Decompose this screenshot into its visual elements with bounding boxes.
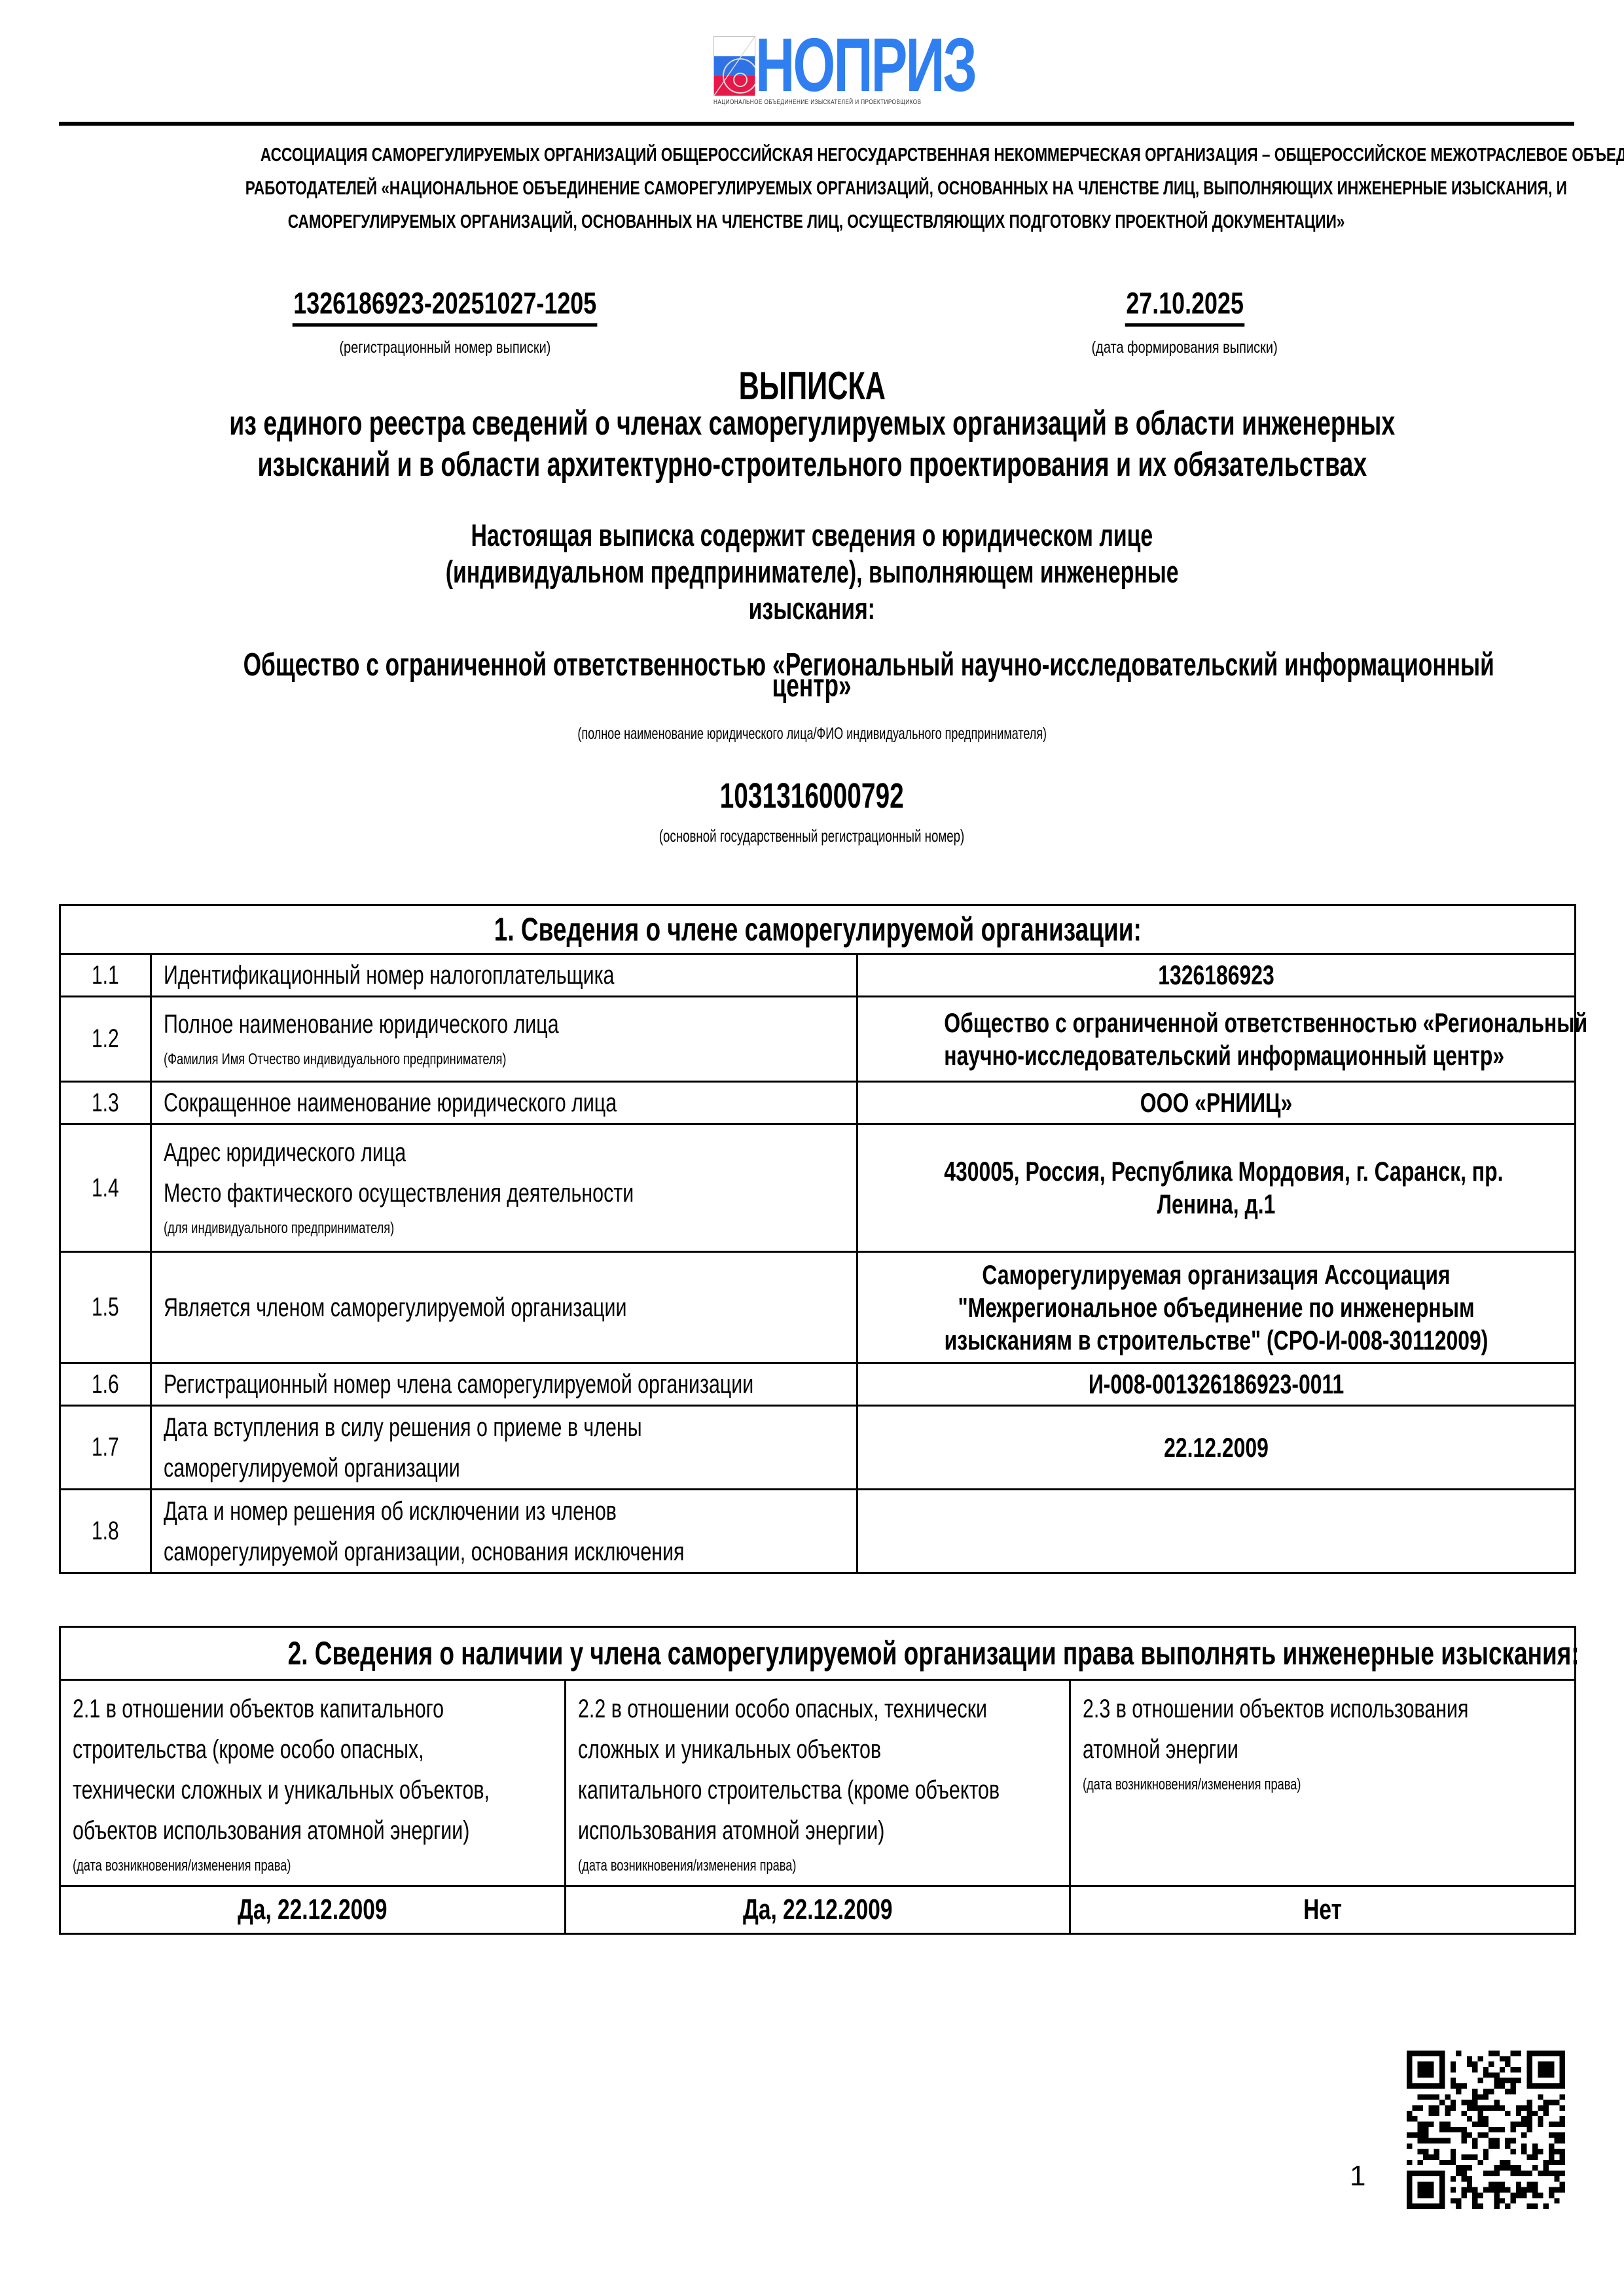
association-line: САМОРЕГУЛИРУЕМЫХ ОРГАНИЗАЦИЙ, ОСНОВАННЫХ… [288, 206, 1345, 239]
extract-reg-number: 1326186923-20251027-1205 [293, 285, 598, 327]
table-row: 1.1Идентификационный номер налогоплатель… [60, 954, 1576, 997]
section2-heading: 2. Сведения о наличии у члена саморегули… [60, 1627, 1576, 1680]
row-number: 1.1 [60, 954, 151, 997]
right-category-2: 2.2 в отношении особо опасных, техническ… [566, 1680, 1070, 1886]
table-row: 1.4Адрес юридического лицаМесто фактичес… [60, 1124, 1576, 1252]
header-divider [59, 122, 1574, 126]
row-value: 22.12.2009 [857, 1406, 1576, 1490]
row-value: 430005, Россия, Республика Мордовия, г. … [857, 1124, 1576, 1252]
table-row: 1.8Дата и номер решения об исключении из… [60, 1490, 1576, 1573]
nopriz-logo: НОПРИЗ НАЦИОНАЛЬНОЕ ОБЪЕДИНЕНИЕ ИЗЫСКАТЕ… [713, 36, 923, 108]
row-label: Полное наименование юридического лица(Фа… [151, 997, 857, 1082]
extract-date: 27.10.2025 [1125, 285, 1245, 327]
document-title: ВЫПИСКА [0, 363, 1624, 408]
logo-name: НОПРИЗ [755, 27, 975, 103]
row-label: Идентификационный номер налогоплательщик… [151, 954, 857, 997]
right-category-1: 2.1 в отношении объектов капитальногостр… [60, 1680, 566, 1886]
right-note: (дата возникновения/изменения права) [73, 1851, 441, 1881]
extract-reg-number-block: 1326186923-20251027-1205 (регистрационны… [249, 285, 641, 357]
extract-date-caption: (дата формирования выписки) [1092, 338, 1278, 357]
document-subtitle: из единого реестра сведений о членах сам… [0, 404, 1624, 443]
row-label: Дата вступления в силу решения о приеме … [151, 1406, 857, 1490]
row-note: (Фамилия Имя Отчество индивидуального пр… [164, 1045, 690, 1075]
row-number: 1.2 [60, 997, 151, 1082]
row-label: Регистрационный номер члена саморегулиру… [151, 1363, 857, 1406]
logo-subtitle: НАЦИОНАЛЬНОЕ ОБЪЕДИНЕНИЕ ИЗЫСКАТЕЛЕЙ И П… [713, 99, 921, 106]
association-line: АССОЦИАЦИЯ САМОРЕГУЛИРУЕМЫХ ОРГАНИЗАЦИЙ … [261, 139, 1624, 172]
association-line: РАБОТОДАТЕЛЕЙ «НАЦИОНАЛЬНОЕ ОБЪЕДИНЕНИЕ … [245, 172, 1567, 206]
right-value-3: Нет [1070, 1886, 1576, 1934]
association-name: АССОЦИАЦИЯ САМОРЕГУЛИРУЕМЫХ ОРГАНИЗАЦИЙ … [59, 139, 1574, 239]
row-label: Дата и номер решения об исключении из чл… [151, 1490, 857, 1573]
row-value: 1326186923 [857, 954, 1576, 997]
row-label: Является членом саморегулируемой организ… [151, 1252, 857, 1363]
org-full-name: Общество с ограниченной ответственностью… [0, 655, 1624, 696]
right-value-2: Да, 22.12.2009 [566, 1886, 1070, 1934]
qr-code-icon [1407, 2051, 1565, 2209]
row-label: Сокращенное наименование юридического ли… [151, 1082, 857, 1124]
rights-table: 2. Сведения о наличии у члена саморегули… [59, 1626, 1576, 1935]
document-subtitle: изысканий и в области архитектурно-строи… [0, 445, 1624, 484]
russian-flag-icon [713, 36, 755, 96]
ogrn-caption: (основной государственный регистрационны… [0, 826, 1624, 846]
member-info-table: 1. Сведения о члене саморегулируемой орг… [59, 904, 1576, 1574]
table-row: 1.2Полное наименование юридического лица… [60, 997, 1576, 1082]
section1-heading: 1. Сведения о члене саморегулируемой орг… [60, 905, 1576, 954]
ogrn: 1031316000792 [0, 776, 1624, 816]
row-number: 1.5 [60, 1252, 151, 1363]
row-value: ООО «РНИИЦ» [857, 1082, 1576, 1124]
row-value [857, 1490, 1576, 1573]
row-value: Саморегулируемая организация Ассоциация"… [857, 1252, 1576, 1363]
table-row: 1.5Является членом саморегулируемой орга… [60, 1252, 1576, 1363]
right-note: (дата возникновения/изменения права) [578, 1851, 946, 1881]
extract-date-block: 27.10.2025 (дата формирования выписки) [1047, 285, 1322, 357]
extract-reg-number-caption: (регистрационный номер выписки) [339, 338, 550, 357]
page-number: 1 [1350, 2160, 1365, 2193]
right-category-3: 2.3 в отношении объектов использованияат… [1070, 1680, 1576, 1886]
intro-text: Настоящая выписка содержит сведения о юр… [0, 517, 1624, 627]
row-note: (для индивидуального предпринимателя) [164, 1213, 690, 1244]
row-number: 1.7 [60, 1406, 151, 1490]
row-number: 1.3 [60, 1082, 151, 1124]
row-label: Адрес юридического лицаМесто фактическог… [151, 1124, 857, 1252]
table-row: 1.3Сокращенное наименование юридического… [60, 1082, 1576, 1124]
row-value: И-008-001326186923-0011 [857, 1363, 1576, 1406]
right-note: (дата возникновения/изменения права) [1083, 1770, 1451, 1800]
row-value: Общество с ограниченной ответственностью… [857, 997, 1576, 1082]
row-number: 1.8 [60, 1490, 151, 1573]
row-number: 1.4 [60, 1124, 151, 1252]
org-full-name-caption: (полное наименование юридического лица/Ф… [0, 725, 1624, 744]
right-value-1: Да, 22.12.2009 [60, 1886, 566, 1934]
table-row: 1.6Регистрационный номер члена саморегул… [60, 1363, 1576, 1406]
row-number: 1.6 [60, 1363, 151, 1406]
table-row: 1.7Дата вступления в силу решения о прие… [60, 1406, 1576, 1490]
